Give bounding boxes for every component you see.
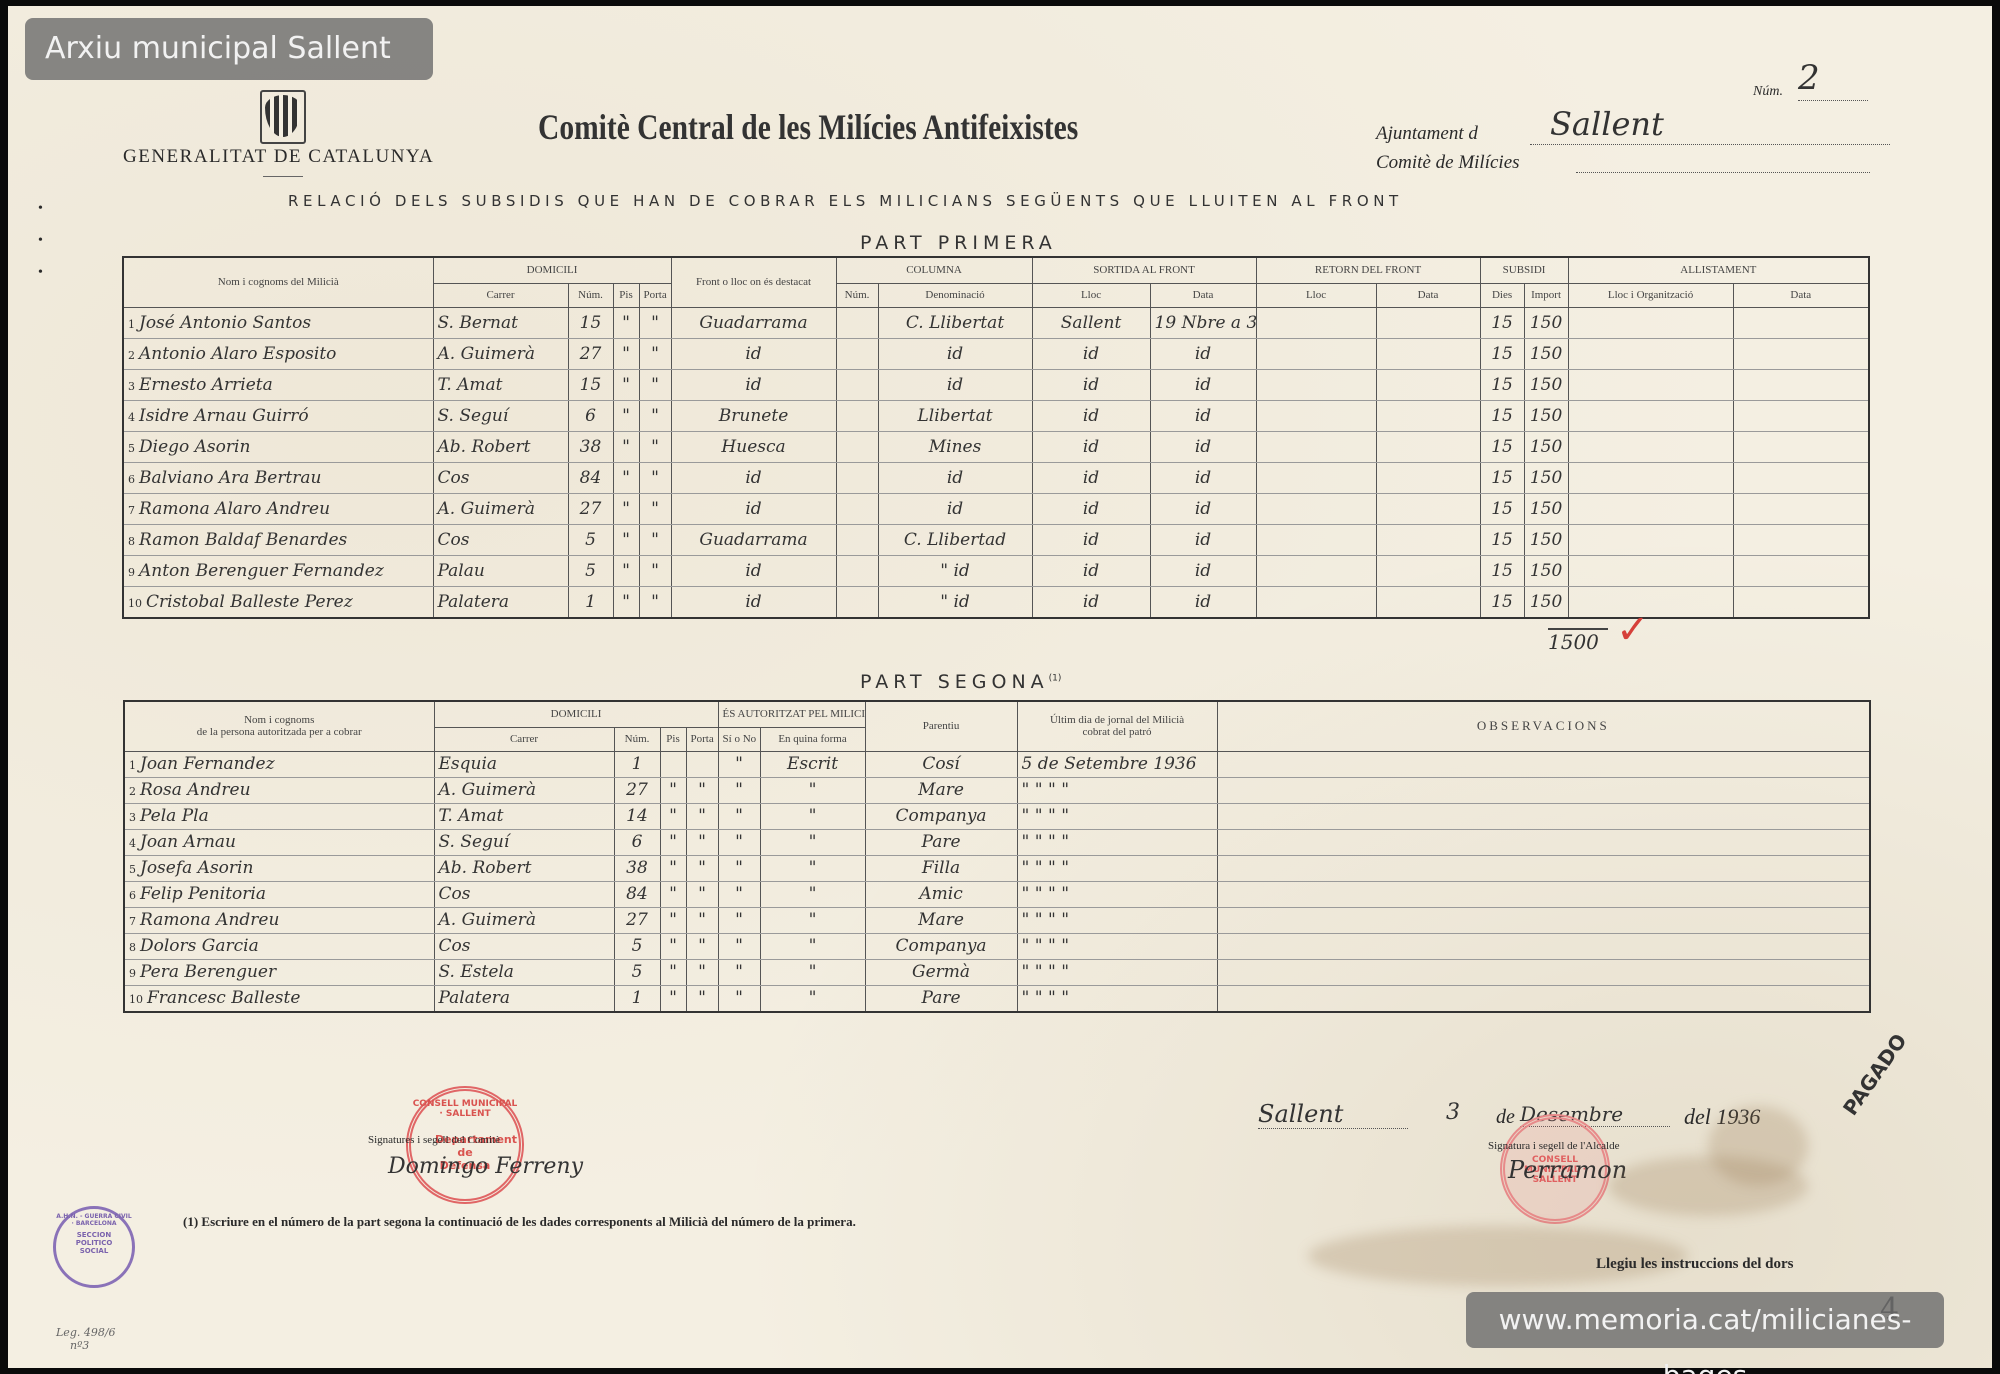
cell-si-no: " [718, 933, 760, 959]
cell-denom: Mines [878, 431, 1032, 462]
cell-pis: " [613, 462, 639, 493]
cell-porta: " [639, 524, 671, 555]
authorized-person-name: Francesc Balleste [147, 988, 300, 1008]
cell-pis: " [613, 431, 639, 462]
col-retorn: RETORN DEL FRONT [1256, 257, 1480, 283]
cell-s-lloc: Sallent [1032, 307, 1150, 338]
table-row: 5Josefa AsorinAb. Robert38""""Filla" " "… [124, 855, 1870, 881]
margin-marks: ••• [38, 201, 43, 281]
authorized-person-name: Felip Penitoria [140, 884, 266, 904]
cell-a-data [1733, 307, 1869, 338]
cell-si-no: " [718, 855, 760, 881]
cell-col-num [836, 586, 878, 618]
cell-parentiu: Filla [865, 855, 1017, 881]
row-number: 3 [129, 811, 136, 824]
cell-denom: id [878, 462, 1032, 493]
cell-pis: " [660, 881, 686, 907]
day: 3 [1413, 1100, 1493, 1125]
table-row: 10Francesc BallestePalatera1""""Pare" " … [124, 985, 1870, 1012]
cell-import: 150 [1524, 431, 1568, 462]
table-row: 6Felip PenitoriaCos84""""Amic" " " " [124, 881, 1870, 907]
cell-r-lloc [1256, 338, 1376, 369]
date-de: de [1496, 1106, 1515, 1129]
authorized-person-name: Joan Arnau [140, 832, 236, 852]
archive-label-overlay: Arxiu municipal Sallent [25, 18, 433, 80]
cell-dies: 15 [1480, 307, 1524, 338]
num-label: Núm. [1753, 84, 1783, 100]
cell-r-lloc [1256, 431, 1376, 462]
cell-r-data [1376, 400, 1480, 431]
col-nom: Nom i cognoms del Milicià [123, 257, 433, 307]
cell-a-data [1733, 462, 1869, 493]
ajuntament-label: Ajuntament d [1376, 123, 1478, 145]
cell-num: 1 [614, 985, 660, 1012]
cell-col-num [836, 493, 878, 524]
cell-s-data: id [1150, 369, 1256, 400]
cell-s-lloc: id [1032, 369, 1150, 400]
committee-signature-label: Signatures i segell del Comitè [368, 1134, 500, 1146]
cell-front: id [671, 338, 836, 369]
cell-nom: 4Isidre Arnau Guirró [123, 400, 433, 431]
cell-ultim: " " " " [1017, 933, 1217, 959]
col-carrer: Carrer [434, 727, 614, 751]
cell-obs [1217, 751, 1870, 777]
table-row: 1José Antonio SantosS. Bernat15""Guadarr… [123, 307, 1869, 338]
reference-note: Leg. 498/6 nº3 [56, 1326, 116, 1352]
mayor-signature-label: Signatura i segell de l'Alcalde [1488, 1140, 1620, 1152]
milicia-name: Ernesto Arrieta [139, 375, 273, 395]
cell-dies: 15 [1480, 400, 1524, 431]
cell-parentiu: Germà [865, 959, 1017, 985]
cell-ultim: " " " " [1017, 985, 1217, 1012]
cell-dies: 15 [1480, 493, 1524, 524]
cell-dies: 15 [1480, 524, 1524, 555]
col-denominacio: Denominació [878, 283, 1032, 307]
ajuntament-value: Sallent [1530, 104, 1890, 145]
cell-nom: 4Joan Arnau [124, 829, 434, 855]
cell-carrer: A. Guimerà [433, 493, 568, 524]
cell-pis: " [660, 829, 686, 855]
cell-porta: " [686, 829, 718, 855]
cell-forma: " [760, 933, 865, 959]
cell-front: Guadarrama [671, 307, 836, 338]
authorized-person-name: Ramona Andreu [140, 910, 279, 930]
part2-rows: 1Joan FernandezEsquia1"EscritCosí5 de Se… [124, 751, 1870, 1012]
cell-porta: " [686, 985, 718, 1012]
cell-a-lloc [1568, 338, 1733, 369]
cell-denom: Llibertat [878, 400, 1032, 431]
cell-pis: " [613, 524, 639, 555]
cell-carrer: Ab. Robert [434, 855, 614, 881]
cell-r-data [1376, 307, 1480, 338]
cell-import: 150 [1524, 338, 1568, 369]
cell-pis: " [613, 555, 639, 586]
cell-import: 150 [1524, 493, 1568, 524]
cell-forma: " [760, 777, 865, 803]
cell-si-no: " [718, 777, 760, 803]
col-porta: Porta [686, 727, 718, 751]
cell-num: 27 [568, 338, 613, 369]
cell-col-num [836, 369, 878, 400]
col-dies: Dies [1480, 283, 1524, 307]
cell-s-lloc: id [1032, 555, 1150, 586]
cell-num: 6 [568, 400, 613, 431]
cell-carrer: T. Amat [434, 803, 614, 829]
cell-nom: 9Anton Berenguer Fernandez [123, 555, 433, 586]
cell-porta: " [639, 462, 671, 493]
subtitle: RELACIÓ DELS SUBSIDIS QUE HAN DE COBRAR … [288, 192, 1403, 210]
cell-nom: 9Pera Berenguer [124, 959, 434, 985]
col-num: Núm. [568, 283, 613, 307]
authorized-person-name: Pela Pla [140, 806, 209, 826]
cell-nom: 5Josefa Asorin [124, 855, 434, 881]
cell-s-lloc: id [1032, 493, 1150, 524]
cell-num: 38 [614, 855, 660, 881]
cell-carrer: S. Bernat [433, 307, 568, 338]
cell-parentiu: Amic [865, 881, 1017, 907]
cell-r-data [1376, 431, 1480, 462]
cell-num: 5 [568, 524, 613, 555]
table-row: 4Joan ArnauS. Seguí6""""Pare" " " " [124, 829, 1870, 855]
catalan-coat-of-arms-icon [260, 90, 306, 144]
cell-pis: " [660, 985, 686, 1012]
cell-obs [1217, 803, 1870, 829]
cell-front: Guadarrama [671, 524, 836, 555]
cell-nom: 1José Antonio Santos [123, 307, 433, 338]
milicia-name: Cristobal Balleste Perez [146, 592, 353, 612]
cell-dies: 15 [1480, 431, 1524, 462]
cell-a-data [1733, 493, 1869, 524]
cell-r-lloc [1256, 586, 1376, 618]
website-overlay: www.memoria.cat/milicianes-bages [1466, 1292, 1944, 1348]
cell-a-lloc [1568, 524, 1733, 555]
cell-nom: 2Antonio Alaro Esposito [123, 338, 433, 369]
cell-num: 27 [568, 493, 613, 524]
cell-nom: 1Joan Fernandez [124, 751, 434, 777]
col-autoritzat: ÉS AUTORITZAT PEL MILICIÀ? [718, 701, 865, 727]
row-number: 4 [128, 411, 135, 424]
cell-s-lloc: id [1032, 338, 1150, 369]
cell-import: 150 [1524, 369, 1568, 400]
cell-ultim: " " " " [1017, 855, 1217, 881]
cell-denom: " id [878, 555, 1032, 586]
col-allistament: ALLISTAMENT [1568, 257, 1869, 283]
divider [263, 176, 303, 177]
cell-front: id [671, 493, 836, 524]
cell-denom: C. Llibertad [878, 524, 1032, 555]
cell-num: 1 [568, 586, 613, 618]
cell-parentiu: Cosí [865, 751, 1017, 777]
cell-parentiu: Mare [865, 777, 1017, 803]
cell-porta: " [639, 431, 671, 462]
col-col-num: Núm. [836, 283, 878, 307]
row-number: 5 [128, 442, 135, 455]
cell-obs [1217, 933, 1870, 959]
cell-forma: " [760, 959, 865, 985]
row-number: 3 [128, 380, 135, 393]
cell-pis: " [613, 369, 639, 400]
cell-col-num [836, 431, 878, 462]
col-subsidi: SUBSIDI [1480, 257, 1568, 283]
cell-si-no: " [718, 907, 760, 933]
table-row: 9Pera BerenguerS. Estela5""""Germà" " " … [124, 959, 1870, 985]
cell-a-lloc [1568, 493, 1733, 524]
cell-carrer: S. Estela [434, 959, 614, 985]
cell-r-data [1376, 555, 1480, 586]
col-porta: Porta [639, 283, 671, 307]
cell-pis: " [613, 493, 639, 524]
col-import: Import [1524, 283, 1568, 307]
cell-col-num [836, 524, 878, 555]
part1-title: PART PRIMERA [860, 232, 1057, 254]
cell-import: 150 [1524, 307, 1568, 338]
milicia-name: Isidre Arnau Guirró [139, 406, 309, 426]
cell-porta: " [686, 933, 718, 959]
row-number: 6 [128, 473, 135, 486]
cell-si-no: " [718, 829, 760, 855]
cell-carrer: Cos [433, 524, 568, 555]
cell-parentiu: Mare [865, 907, 1017, 933]
cell-carrer: S. Seguí [434, 829, 614, 855]
cell-s-data: id [1150, 431, 1256, 462]
cell-s-lloc: id [1032, 431, 1150, 462]
cell-ultim: " " " " [1017, 959, 1217, 985]
stain [1708, 1106, 1808, 1186]
archive-stamp: A.H.N. - GUERRA CIVIL · BARCELONA SECCIO… [53, 1206, 135, 1288]
cell-r-data [1376, 462, 1480, 493]
col-ultim-line1: Últim dia de jornal del Milicià [1050, 714, 1184, 726]
cell-num: 38 [568, 431, 613, 462]
cell-porta: " [639, 307, 671, 338]
cell-pis: " [660, 803, 686, 829]
cell-obs [1217, 777, 1870, 803]
cell-dies: 15 [1480, 586, 1524, 618]
col-domicili: DOMICILI [434, 701, 718, 727]
cell-num: 27 [614, 777, 660, 803]
cell-s-lloc: id [1032, 586, 1150, 618]
row-number: 9 [128, 566, 135, 579]
col-sortida: SORTIDA AL FRONT [1032, 257, 1256, 283]
cell-carrer: Esquia [434, 751, 614, 777]
table-row: 2Rosa AndreuA. Guimerà27""""Mare" " " " [124, 777, 1870, 803]
comite-value [1576, 156, 1870, 173]
cell-porta: " [639, 555, 671, 586]
row-number: 9 [129, 967, 136, 980]
milicia-name: Anton Berenguer Fernandez [139, 561, 384, 581]
cell-si-no: " [718, 985, 760, 1012]
cell-obs [1217, 855, 1870, 881]
row-number: 2 [129, 785, 136, 798]
cell-col-num [836, 462, 878, 493]
cell-s-lloc: id [1032, 524, 1150, 555]
cell-s-lloc: id [1032, 462, 1150, 493]
cell-a-data [1733, 369, 1869, 400]
milicia-name: Balviano Ara Bertrau [139, 468, 322, 488]
cell-nom: 7Ramona Alaro Andreu [123, 493, 433, 524]
col-front: Front o lloc on és destacat [671, 257, 836, 307]
cell-a-lloc [1568, 307, 1733, 338]
cell-obs [1217, 881, 1870, 907]
cell-s-data: 19 Nbre a 3 Dbre [1150, 307, 1256, 338]
row-number: 5 [129, 863, 136, 876]
cell-s-data: id [1150, 338, 1256, 369]
cell-forma: " [760, 829, 865, 855]
cell-r-data [1376, 524, 1480, 555]
cell-porta: " [686, 855, 718, 881]
cell-front: id [671, 555, 836, 586]
cell-nom: 6Balviano Ara Bertrau [123, 462, 433, 493]
cell-r-lloc [1256, 307, 1376, 338]
cell-a-data [1733, 555, 1869, 586]
part2-title: PART SEGONA(1) [860, 671, 1061, 693]
cell-r-lloc [1256, 400, 1376, 431]
cell-nom: 7Ramona Andreu [124, 907, 434, 933]
committee-signature: Domingo Ferreny [388, 1154, 583, 1179]
cell-col-num [836, 307, 878, 338]
cell-num: 6 [614, 829, 660, 855]
cell-porta [686, 751, 718, 777]
cell-carrer: T. Amat [433, 369, 568, 400]
document-page: ••• GENERALITAT DE CATALUNYA Comitè Cent… [8, 6, 1992, 1368]
cell-nom: 3Pela Pla [124, 803, 434, 829]
cell-import: 150 [1524, 586, 1568, 618]
table-row: 8Ramon Baldaf BenardesCos5""GuadarramaC.… [123, 524, 1869, 555]
cell-dies: 15 [1480, 338, 1524, 369]
cell-a-lloc [1568, 586, 1733, 618]
table-row: 9Anton Berenguer FernandezPalau5""id" id… [123, 555, 1869, 586]
table-row: 3Ernesto ArrietaT. Amat15""idididid15150 [123, 369, 1869, 400]
cell-pis: " [660, 907, 686, 933]
cell-porta: " [639, 493, 671, 524]
milicia-name: Diego Asorin [139, 437, 250, 457]
cell-num: 14 [614, 803, 660, 829]
row-number: 2 [128, 349, 135, 362]
cell-s-lloc: id [1032, 400, 1150, 431]
cell-forma: " [760, 907, 865, 933]
cell-front: Brunete [671, 400, 836, 431]
authorized-person-name: Rosa Andreu [140, 780, 251, 800]
cell-denom: " id [878, 586, 1032, 618]
cell-nom: 2Rosa Andreu [124, 777, 434, 803]
col-allist-lloc: Lloc i Organització [1568, 283, 1733, 307]
num-value: 2 [1798, 56, 1868, 101]
archive-stamp-center: SECCION POLITICO SOCIAL [69, 1231, 119, 1255]
cell-porta: " [639, 586, 671, 618]
row-number: 7 [128, 504, 135, 517]
cell-dies: 15 [1480, 369, 1524, 400]
cell-r-lloc [1256, 462, 1376, 493]
cell-r-lloc [1256, 555, 1376, 586]
table-row: 7Ramona AndreuA. Guimerà27""""Mare" " " … [124, 907, 1870, 933]
cell-forma: Escrit [760, 751, 865, 777]
table-row: 5Diego AsorinAb. Robert38""HuescaMinesid… [123, 431, 1869, 462]
cell-denom: id [878, 338, 1032, 369]
row-number: 6 [129, 889, 136, 902]
col-sortida-data: Data [1150, 283, 1256, 307]
cell-import: 150 [1524, 462, 1568, 493]
cell-import: 150 [1524, 555, 1568, 586]
table-row: 10Cristobal Balleste PerezPalatera1""id"… [123, 586, 1869, 618]
cell-carrer: Cos [433, 462, 568, 493]
col-domicili: DOMICILI [433, 257, 671, 283]
cell-nom: 8Ramon Baldaf Benardes [123, 524, 433, 555]
cell-forma: " [760, 803, 865, 829]
milicia-name: Antonio Alaro Esposito [139, 344, 336, 364]
cell-parentiu: Pare [865, 829, 1017, 855]
cell-r-data [1376, 586, 1480, 618]
cell-r-data [1376, 338, 1480, 369]
cell-num: 84 [614, 881, 660, 907]
cell-forma: " [760, 985, 865, 1012]
cell-nom: 10Cristobal Balleste Perez [123, 586, 433, 618]
cell-obs [1217, 985, 1870, 1012]
cell-r-lloc [1256, 524, 1376, 555]
row-number: 1 [128, 318, 135, 331]
cell-si-no: " [718, 751, 760, 777]
row-number: 10 [129, 993, 143, 1006]
cell-num: 5 [568, 555, 613, 586]
table-row: 4Isidre Arnau GuirróS. Seguí6""BruneteLl… [123, 400, 1869, 431]
cell-carrer: Palau [433, 555, 568, 586]
col-ultim: Últim dia de jornal del Milicià cobrat d… [1017, 701, 1217, 751]
cell-pis: " [660, 933, 686, 959]
cell-carrer: Ab. Robert [433, 431, 568, 462]
cell-denom: id [878, 369, 1032, 400]
cell-pis: " [660, 959, 686, 985]
authorized-person-name: Josefa Asorin [140, 858, 253, 878]
cell-ultim: 5 de Setembre 1936 [1017, 751, 1217, 777]
col-allist-data: Data [1733, 283, 1869, 307]
cell-num: 5 [614, 933, 660, 959]
part2-title-text: PART SEGONA [860, 671, 1049, 693]
cell-dies: 15 [1480, 462, 1524, 493]
cell-forma: " [760, 855, 865, 881]
col-observacions: OBSERVACIONS [1217, 701, 1870, 751]
cell-ultim: " " " " [1017, 829, 1217, 855]
cell-r-data [1376, 493, 1480, 524]
total-import: 1500 [1548, 628, 1608, 654]
cell-front: id [671, 586, 836, 618]
cell-porta: " [686, 777, 718, 803]
cell-obs [1217, 907, 1870, 933]
cell-col-num [836, 338, 878, 369]
cell-carrer: A. Guimerà [434, 777, 614, 803]
cell-obs [1217, 829, 1870, 855]
part1-table: Nom i cognoms del Milicià DOMICILI Front… [122, 256, 1870, 619]
cell-parentiu: Companya [865, 933, 1017, 959]
cell-si-no: " [718, 803, 760, 829]
cell-carrer: Palatera [433, 586, 568, 618]
cell-carrer: S. Seguí [433, 400, 568, 431]
cell-carrer: A. Guimerà [433, 338, 568, 369]
cell-nom: 10Francesc Balleste [124, 985, 434, 1012]
row-number: 1 [129, 759, 136, 772]
cell-pis: " [613, 586, 639, 618]
cell-nom: 8Dolors Garcia [124, 933, 434, 959]
cell-s-data: id [1150, 462, 1256, 493]
col-nom-autoritzada: Nom i cognoms de la persona autoritzada … [124, 701, 434, 751]
cell-s-data: id [1150, 400, 1256, 431]
cell-forma: " [760, 881, 865, 907]
cell-num: 15 [568, 307, 613, 338]
check-mark-icon: ✓ [1616, 606, 1650, 653]
col-parentiu: Parentiu [865, 701, 1017, 751]
footnote: (1) Escriure en el número de la part seg… [183, 1214, 856, 1230]
col-ultim-line2: cobrat del patró [1083, 726, 1152, 738]
row-number: 8 [129, 941, 136, 954]
col-pis: Pis [613, 283, 639, 307]
col-nom-line2: de la persona autoritzada per a cobrar [197, 726, 362, 738]
